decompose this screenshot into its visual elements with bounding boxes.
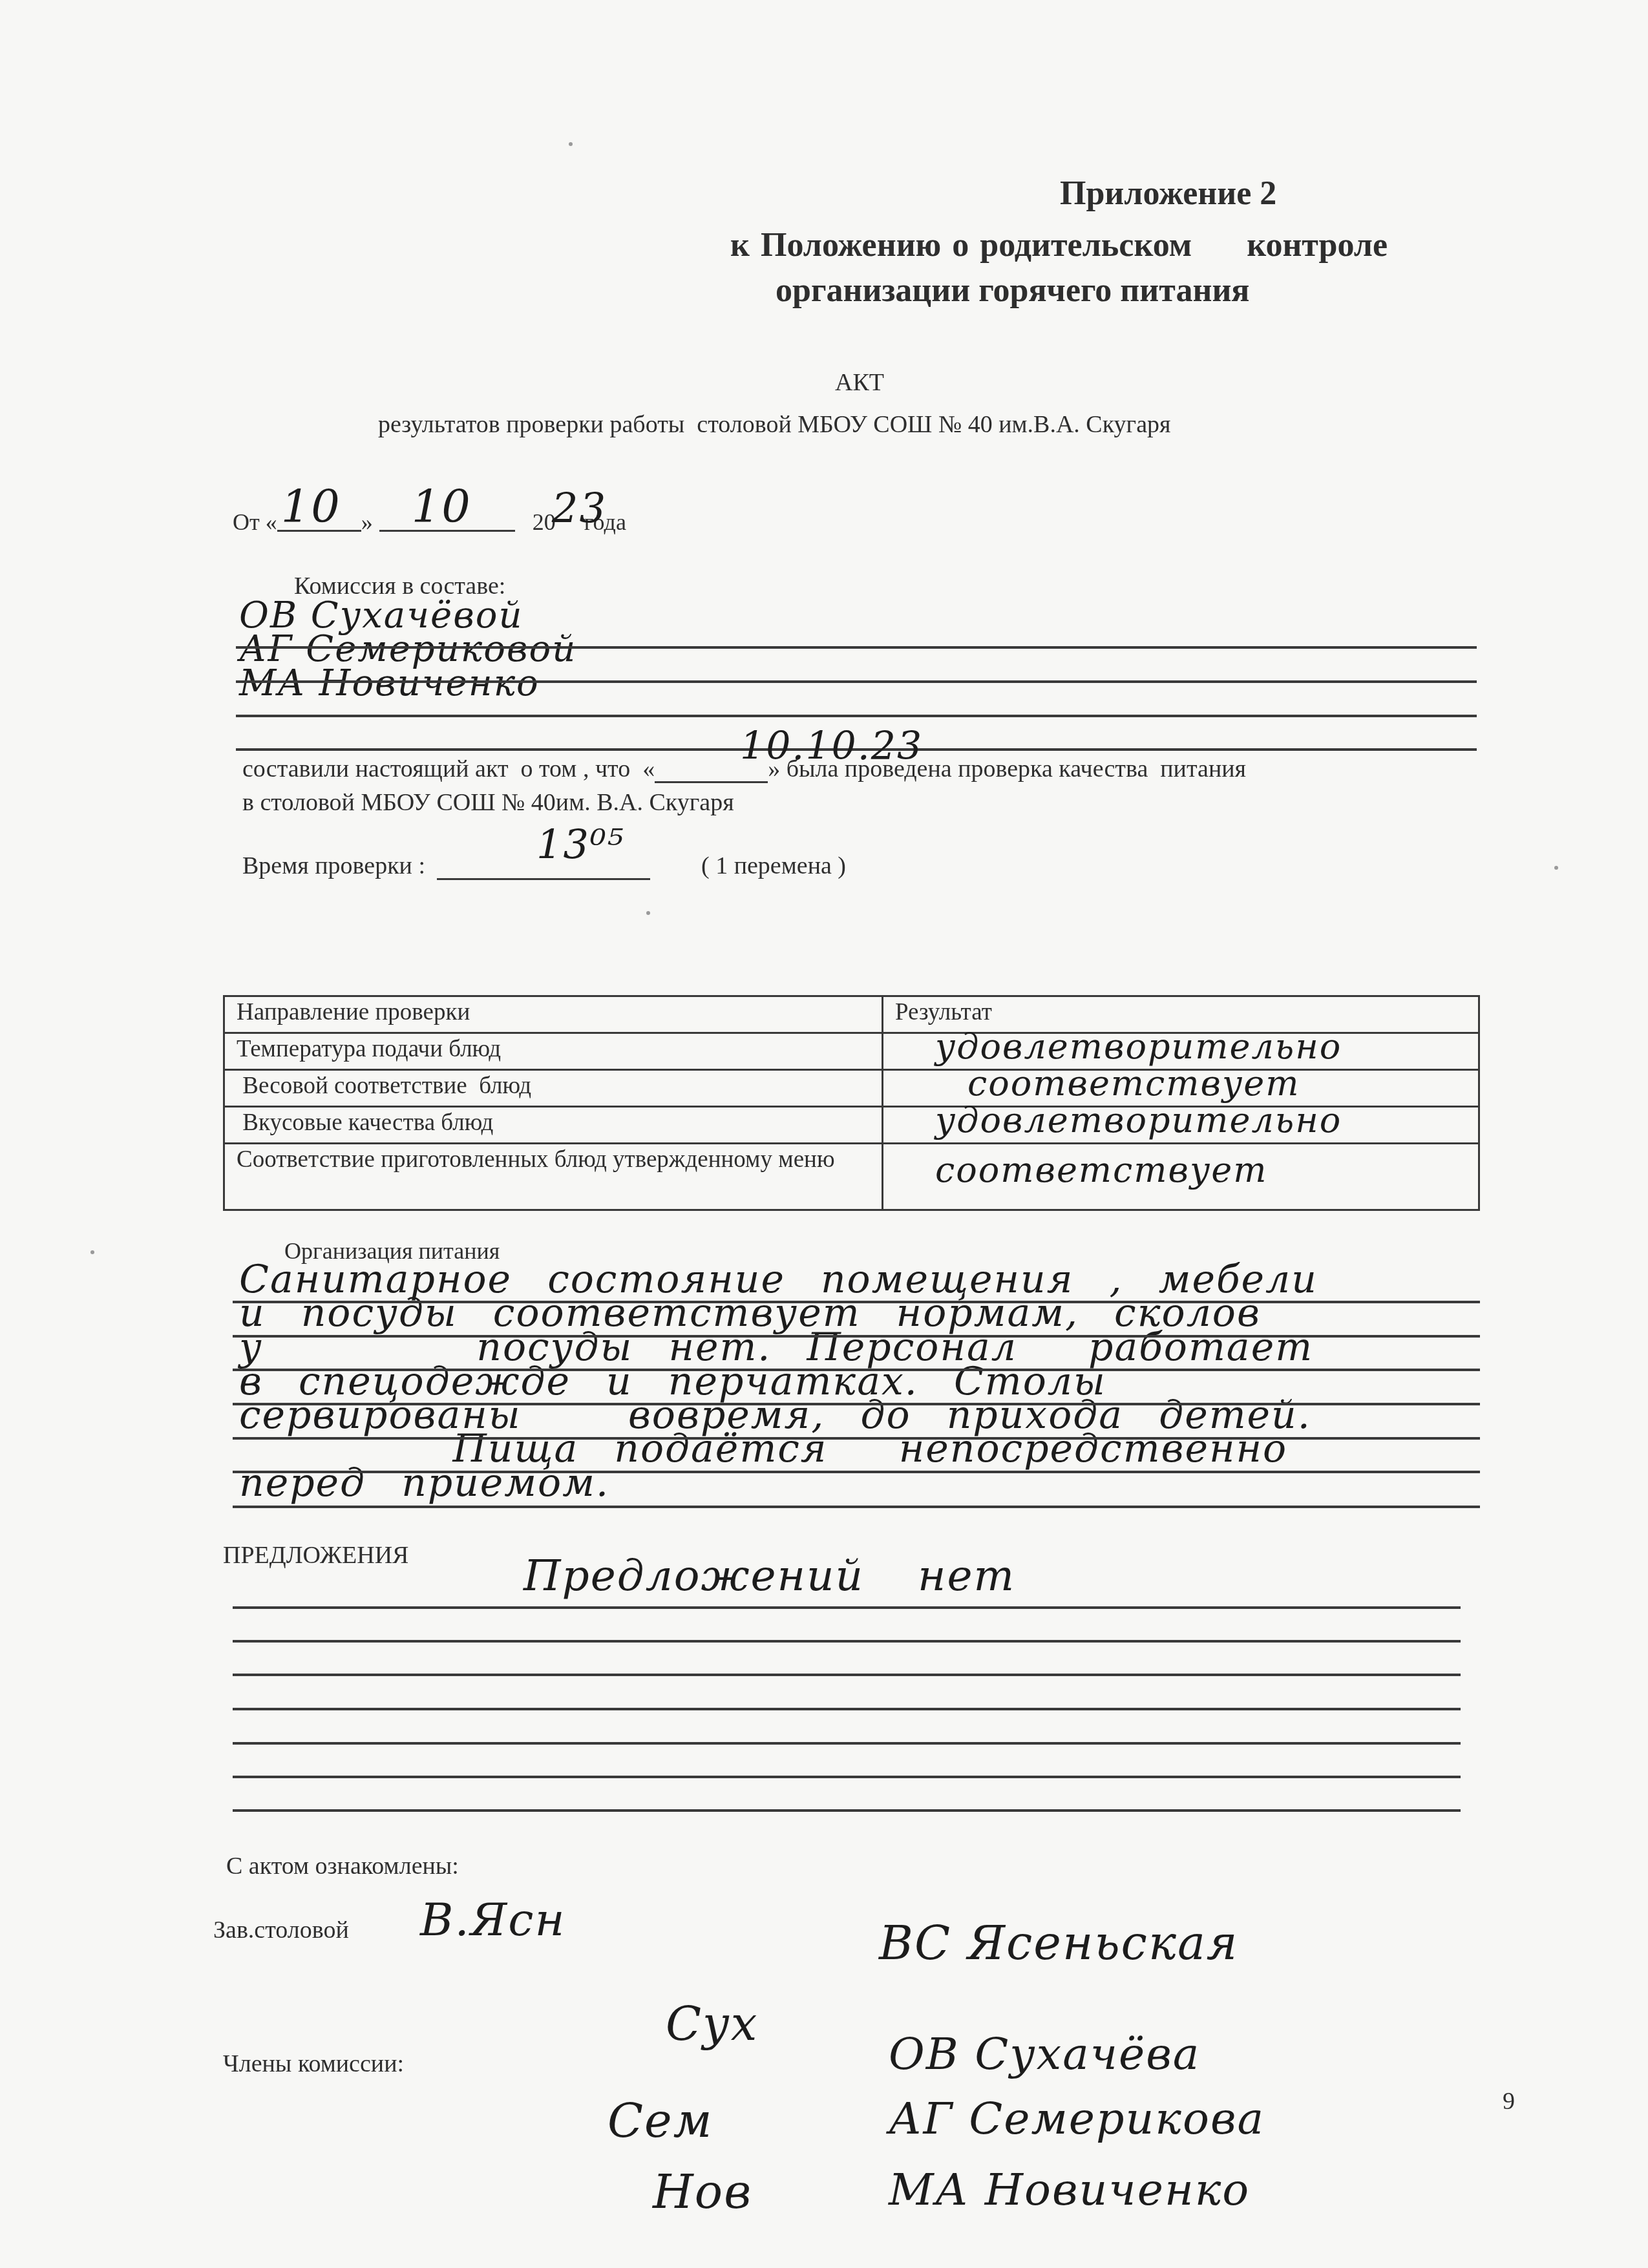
- member-name: ОВ Сухачёва: [889, 2029, 1200, 2080]
- time-value: 13⁰⁵: [536, 821, 625, 868]
- table-row: Соответствие приготовленных блюд утвержд…: [224, 1144, 1479, 1210]
- member-name: АГ Семерикова: [889, 2094, 1265, 2145]
- proposals-line[interactable]: [233, 1776, 1461, 1778]
- proposals-line[interactable]: [233, 1708, 1461, 1710]
- scan-speck: [646, 911, 650, 915]
- organization-line[interactable]: [233, 1369, 1480, 1371]
- organization-line[interactable]: [233, 1437, 1480, 1440]
- act-subtitle: результатов проверки работы столовой МБО…: [378, 410, 1171, 439]
- time-note: ( 1 перемена ): [701, 852, 846, 880]
- act-title: АКТ: [0, 368, 1648, 397]
- statement-before-date: составили настоящий акт о том , что «: [242, 755, 655, 782]
- scan-speck: [1554, 866, 1558, 870]
- statement-line2: в столовой МБОУ СОШ № 40им. В.А. Скугаря: [242, 788, 734, 817]
- member-signature: Сем: [607, 2094, 713, 2148]
- result-value: удовлетворительно: [935, 1100, 1342, 1140]
- table-cell-result[interactable]: соответствует: [883, 1144, 1479, 1210]
- commission-line[interactable]: [236, 680, 1477, 683]
- result-value: удовлетворительно: [935, 1026, 1342, 1067]
- proposals-value: Предложений нет: [523, 1551, 1015, 1601]
- organization-line[interactable]: [233, 1335, 1480, 1338]
- appendix-subtitle-line2: организации горячего питания: [776, 271, 1249, 310]
- members-label: Члены комиссии:: [223, 2050, 404, 2078]
- commission-member: МА Новиченко: [239, 662, 540, 704]
- date-year-value: 23: [552, 485, 607, 533]
- table-cell-item: Температура подачи блюд: [224, 1033, 883, 1070]
- page-number: 9: [1503, 2087, 1515, 2116]
- commission-line[interactable]: [236, 646, 1477, 649]
- result-value: соответствует: [967, 1063, 1300, 1104]
- date-month-field[interactable]: 10: [379, 507, 515, 536]
- head-of-canteen-name: ВС Ясеньская: [879, 1916, 1239, 1970]
- appendix-subtitle-line1: к Положению о родительском контроле: [730, 226, 1388, 264]
- scan-speck: [569, 142, 573, 146]
- time-label-text: Время проверки :: [242, 852, 425, 879]
- date-sep: »: [361, 509, 373, 535]
- date-day-value: 10: [281, 480, 341, 533]
- table-cell-result[interactable]: удовлетворительно: [883, 1107, 1479, 1144]
- organization-line[interactable]: [233, 1471, 1480, 1473]
- head-of-canteen-signature: В.Ясн: [420, 1893, 566, 1946]
- date-line: От «10»10 2023года: [233, 507, 626, 536]
- proposals-label: ПРЕДЛОЖЕНИЯ: [223, 1541, 408, 1570]
- acknowledgement-label: С актом ознакомлены:: [226, 1852, 459, 1880]
- commission-line[interactable]: [236, 715, 1477, 717]
- organization-line[interactable]: [233, 1301, 1480, 1303]
- date-day-field[interactable]: 10: [277, 507, 361, 536]
- member-signature: Нов: [653, 2165, 752, 2219]
- table-cell-item: Весовой соответствие блюд: [224, 1070, 883, 1107]
- table-header-direction: Направление проверки: [224, 996, 883, 1033]
- proposals-line[interactable]: [233, 1742, 1461, 1745]
- result-value: соответствует: [935, 1150, 1267, 1190]
- date-month-value: 10: [412, 480, 472, 533]
- date-prefix: От «: [233, 509, 277, 535]
- head-of-canteen-label: Зав.столовой: [213, 1916, 349, 1944]
- table-cell-item: Вкусовые качества блюд: [224, 1107, 883, 1144]
- table-cell-item: Соответствие приготовленных блюд утвержд…: [224, 1144, 883, 1210]
- date-year-field[interactable]: 23: [556, 507, 584, 536]
- organization-line[interactable]: [233, 1506, 1480, 1508]
- member-signature: Сух: [666, 1997, 758, 2051]
- organization-line[interactable]: [233, 1403, 1480, 1405]
- check-table: Направление проверки Результат Температу…: [223, 995, 1480, 1211]
- proposals-line[interactable]: [233, 1640, 1461, 1643]
- proposals-line[interactable]: [233, 1606, 1461, 1609]
- appendix-title: Приложение 2: [1060, 174, 1276, 213]
- member-name: МА Новиченко: [889, 2165, 1250, 2216]
- statement-date-value: 10.10.23: [740, 724, 923, 769]
- table-row: Вкусовые качества блюд удовлетворительно: [224, 1107, 1479, 1144]
- scan-speck: [90, 1250, 94, 1254]
- proposals-line[interactable]: [233, 1809, 1461, 1812]
- organization-text-line: перед приемом.: [239, 1460, 609, 1506]
- proposals-line[interactable]: [233, 1674, 1461, 1676]
